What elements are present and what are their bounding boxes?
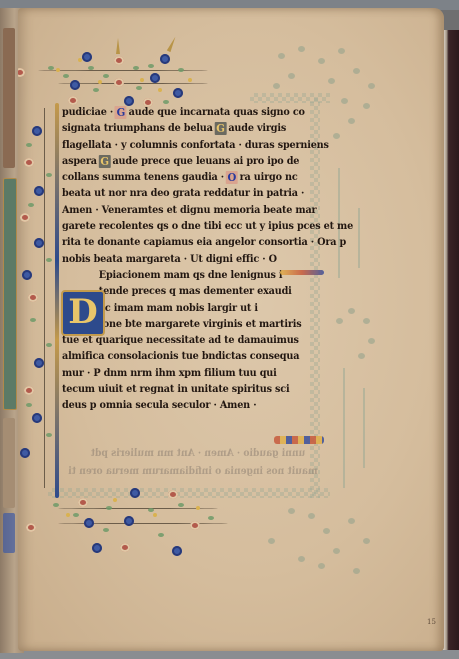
text-line: pudiciae ·Gaude que incarnata quas signo… [62,104,303,120]
red-flower-ornament [18,68,25,77]
prev-page-miniature [3,178,17,410]
backdrop-bottom [0,650,459,659]
red-flower-ornament [24,158,34,167]
gold-initial: G [99,155,111,168]
blue-initial: O [226,171,238,184]
text-line: deus p omnia secula seculor · Amen · [62,397,303,413]
text-line: flagellata · y columnis confortata · dur… [62,137,303,153]
blue-flower-ornament [82,52,92,62]
blue-flower-ornament [22,270,32,280]
folio-number: 15 [427,618,436,626]
text-line: nobis beata margareta · Ut digni effic ·… [62,251,303,267]
text-line: Amen · Veneramtes et dignu memoria beate… [62,202,303,218]
text-line: Epiacionem mam qs dne lenignus i [62,267,303,283]
blue-initial: G [115,106,127,119]
gold-spike-ornament [167,36,177,52]
red-flower-ornament [114,56,124,65]
ghost-checker-bottom [48,488,330,498]
text-line: almifica consolacionis tue bndictas cons… [62,348,303,364]
illuminated-initial-d: D [61,290,105,336]
blue-flower-ornament [84,518,94,528]
bleed-through-text: unni gaudio · Amen · Ant mn mulieris pdt [78,448,317,459]
prev-page-text-strip [3,418,15,508]
red-flower-ornament [24,386,34,395]
bottom-border-vine [58,508,218,509]
blue-flower-ornament [150,73,160,83]
top-border-vine-lower [58,83,208,84]
red-flower-ornament [120,543,130,552]
text-line: signata triumphans de beluaGaude virgis [62,120,303,136]
red-flower-ornament [78,498,88,507]
blue-flower-ornament [20,448,30,458]
blue-flower-ornament [92,543,102,553]
gold-spike-ornament [116,38,120,54]
text-line: garete recolentes qs o dne tibi ecc ut y… [62,218,303,234]
text-line: beata ut nor nra deo grata reddatur in p… [62,185,303,201]
text-block: pudiciae ·Gaude que incarnata quas signo… [62,104,324,414]
prev-page-border-strip [3,28,15,168]
text-line: asperaGaude prece que leuans ai pro ipo … [62,153,303,169]
text-line: collans summa tenens gaudia ·Ora uirgo n… [62,169,303,185]
blue-flower-ornament [124,516,134,526]
bleed-through-text: mauit nos ingenia o infidiamarum merua o… [78,466,317,477]
blue-flower-ornament [34,238,44,248]
blue-flower-ornament [172,546,182,556]
line-filler-ornament [280,270,324,275]
red-flower-ornament [168,490,178,499]
prev-page-blue-ornament [3,513,15,553]
red-flower-ornament [20,213,30,222]
blue-flower-ornament [173,88,183,98]
red-flower-ornament [26,523,36,532]
manuscript-page: pudiciae ·Gaude que incarnata quas signo… [18,8,444,651]
text-line: mur · P dnm nrm ihm xpm filium tuu qui [62,365,303,381]
text-line: tecum uiuit et regnat in unitate spiritu… [62,381,303,397]
blue-flower-ornament [70,80,80,90]
gold-blue-border-bar [55,103,59,498]
text-line: rita te donante capiamus eia angelor con… [62,234,303,250]
red-flower-ornament [28,293,38,302]
blue-flower-ornament [32,126,42,136]
red-flower-ornament [190,521,200,530]
blue-flower-ornament [130,488,140,498]
red-flower-ornament [114,78,124,87]
line-filler-ornament [274,436,324,444]
blue-flower-ornament [32,413,42,423]
blue-flower-ornament [34,358,44,368]
left-border-vine [44,108,45,488]
gold-initial: G [215,122,227,135]
blue-flower-ornament [34,186,44,196]
blue-flower-ornament [160,54,170,64]
